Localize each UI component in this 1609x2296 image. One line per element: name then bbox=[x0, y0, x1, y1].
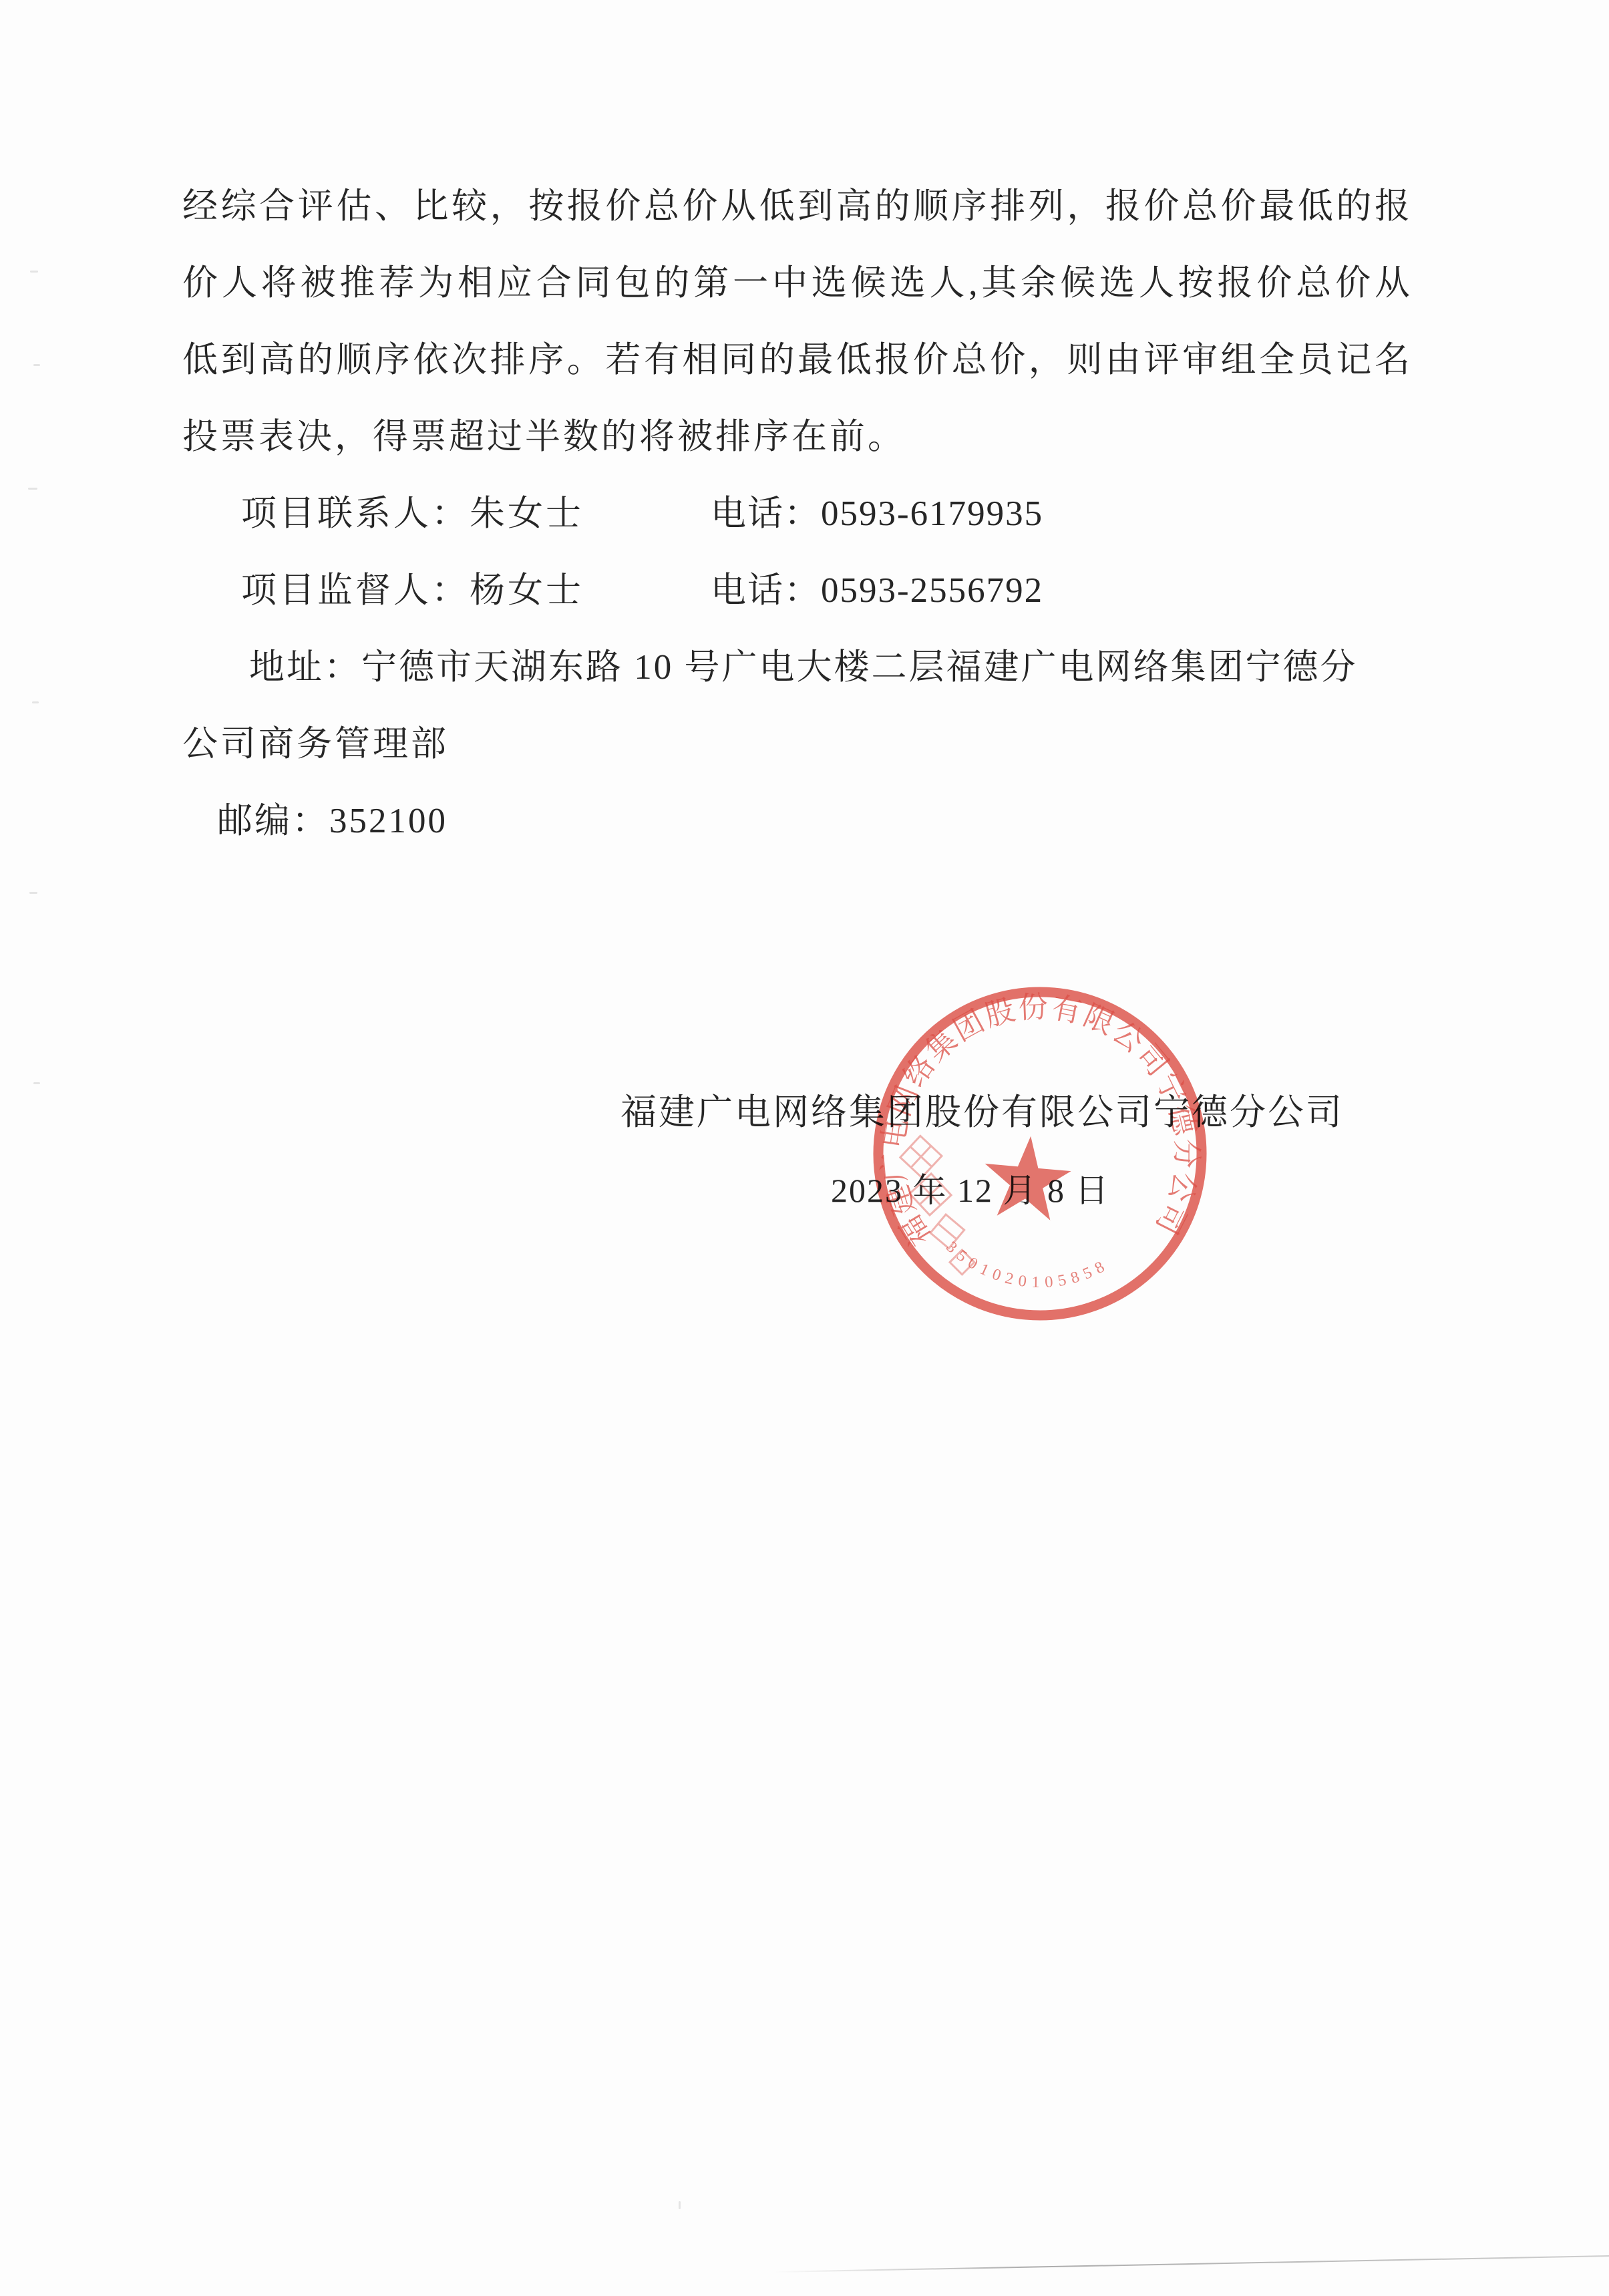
seal-serial-number: 3501020105858 bbox=[940, 1237, 1114, 1298]
scan-speck bbox=[28, 488, 37, 490]
scan-artifact-line bbox=[775, 2255, 1609, 2273]
scanned-document-page: 经综合评估、比较，按报价总价从低到高的顺序排列，报价总价最低的报 价人将被推荐为… bbox=[0, 0, 1609, 2296]
seal-ring-text-holder: 福建广电网络集团股份有限公司宁德分公司 bbox=[868, 976, 1218, 1277]
scan-speck bbox=[30, 271, 38, 273]
body-paragraph-line: 低到高的顺序依次排序。若有相同的最低报价总价，则由评审组全员记名 bbox=[182, 322, 1410, 399]
postal-code-line: 邮编：352100 bbox=[182, 783, 1485, 860]
scan-speck bbox=[33, 1082, 40, 1084]
seal-serial-holder: 3501020105858 bbox=[940, 1237, 1114, 1298]
scan-speck bbox=[33, 364, 40, 366]
contact-row: 项目联系人：朱女士 电话：0593-6179935 bbox=[182, 476, 1485, 552]
contact-row: 项目监督人：杨女士 电话：0593-2556792 bbox=[182, 552, 1485, 629]
project-supervisor-phone: 电话：0593-2556792 bbox=[711, 552, 1043, 629]
scan-speck bbox=[32, 701, 39, 703]
body-paragraph-line: 经综合评估、比较，按报价总价从低到高的顺序排列，报价总价最低的报 bbox=[182, 168, 1410, 245]
project-contact-label: 项目联系人：朱女士 bbox=[241, 494, 584, 533]
address-continuation-text: 公司商务管理部 bbox=[182, 725, 449, 764]
postal-code-text: 邮编：352100 bbox=[217, 802, 448, 840]
project-supervisor-label: 项目监督人：杨女士 bbox=[241, 571, 584, 610]
scan-speck bbox=[679, 2201, 681, 2209]
project-contact-phone: 电话：0593-6179935 bbox=[711, 476, 1043, 552]
company-seal: 福建广电网络集团股份有限公司宁德分公司 3501020105858 bbox=[853, 967, 1227, 1341]
scan-speck bbox=[29, 892, 37, 894]
address-text: 地址：宁德市天湖东路 10 号广电大楼二层福建广电网络集团宁德分 bbox=[249, 648, 1358, 687]
body-paragraph-line: 投票表决，得票超过半数的将被排序在前。 bbox=[182, 399, 1410, 476]
seal-ring-text: 福建广电网络集团股份有限公司宁德分公司 bbox=[868, 976, 1218, 1277]
seal-star-icon bbox=[980, 1132, 1074, 1222]
body-paragraph: 经综合评估、比较，按报价总价从低到高的顺序排列，报价总价最低的报 价人将被推荐为… bbox=[182, 168, 1410, 476]
address-line-2: 公司商务管理部 bbox=[182, 706, 1485, 783]
body-paragraph-line: 价人将被推荐为相应合同包的第一中选候选人,其余候选人按报价总价从 bbox=[182, 245, 1410, 322]
address-line-1: 地址：宁德市天湖东路 10 号广电大楼二层福建广电网络集团宁德分 bbox=[182, 629, 1485, 706]
